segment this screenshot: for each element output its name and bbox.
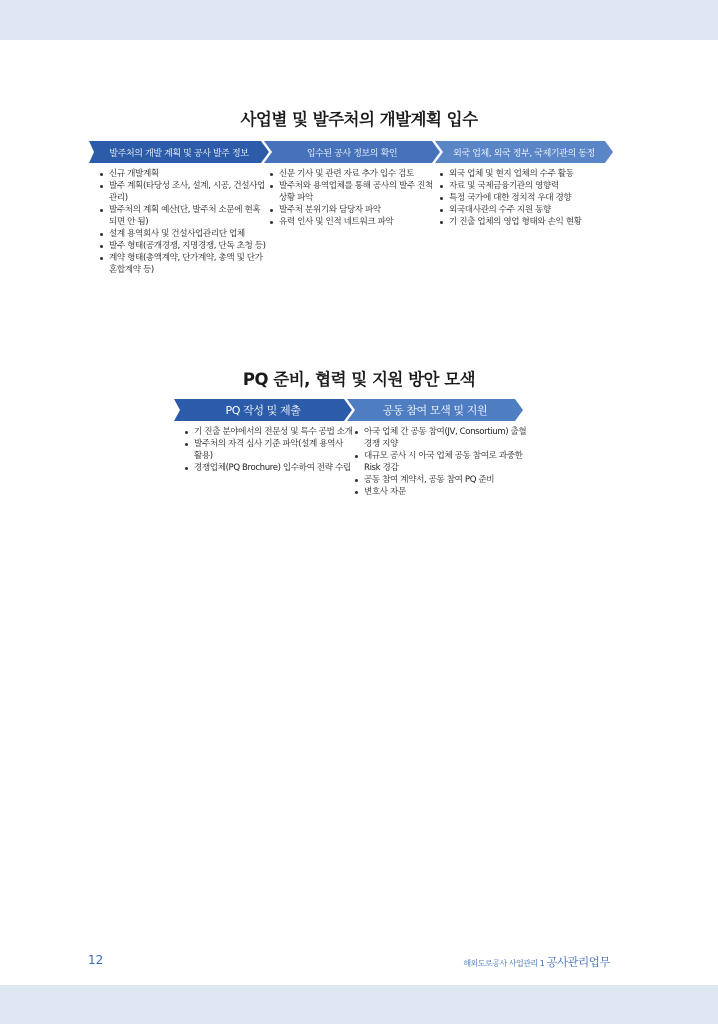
list-item: 신규 개발계획 bbox=[98, 168, 268, 180]
list-item: 유력 인사 및 인적 네트워크 파악 bbox=[268, 216, 438, 228]
list-item: 발주처와 용역업체를 통해 공사의 발주 진척 상황 파악 bbox=[268, 180, 438, 204]
step-label: 입수된 공사 정보의 확인 bbox=[307, 146, 397, 159]
running-footer: 해외도로공사 사업관리 1 공사관리업무 bbox=[463, 954, 610, 970]
bullet-list: 외국 업체 및 현지 업체의 수주 활동 자료 및 국제금융기관의 영향력 특정… bbox=[438, 168, 618, 228]
list-item: 발주처의 자격 심사 기준 파악(설계 용역사 활용) bbox=[183, 438, 353, 462]
top-band bbox=[0, 0, 718, 40]
list-item: 외국 업체 및 현지 업체의 수주 활동 bbox=[438, 168, 618, 180]
list-item: 발주 계획(타당성 조사, 설계, 시공, 건설사업관리) bbox=[98, 180, 268, 204]
section1-title: 사업별 및 발주처의 개발계획 입수 bbox=[0, 106, 718, 130]
section2-columns: 기 진출 분야에서의 전문성 및 특수 공법 소개 발주처의 자격 심사 기준 … bbox=[183, 426, 533, 498]
section2-column-1: 기 진출 분야에서의 전문성 및 특수 공법 소개 발주처의 자격 심사 기준 … bbox=[183, 426, 353, 498]
list-item: 기 진출 업체의 영업 형태와 손익 현황 bbox=[438, 216, 618, 228]
section1-process-chevrons: 발주처의 개발 계획 및 공사 발주 정보 입수된 공사 정보의 확인 외국 업… bbox=[89, 141, 613, 163]
list-item: 신문 기사 및 관련 자료 추가 입수 검토 bbox=[268, 168, 438, 180]
book-title: 해외도로공사 사업관리 1 bbox=[463, 959, 544, 968]
list-item: 발주 형태(공개경쟁, 지명경쟁, 단독 초청 등) bbox=[98, 240, 268, 252]
list-item: 외국대사관의 수주 지원 동향 bbox=[438, 204, 618, 216]
bullet-list: 아국 업체 간 공동 참여(JV, Consortium) 출혈경쟁 지양 대규… bbox=[353, 426, 533, 498]
section1-step-3-header: 외국 업체, 외국 정부, 국제기관의 동정 bbox=[435, 141, 613, 163]
page-number: 12 bbox=[88, 953, 103, 967]
list-item: 대규모 공사 시 아국 업체 공동 참여로 과중한 Risk 경감 bbox=[353, 450, 533, 474]
section1-columns: 신규 개발계획 발주 계획(타당성 조사, 설계, 시공, 건설사업관리) 발주… bbox=[98, 168, 618, 276]
list-item: 발주처의 계획 예산(단, 발주처 소문에 현혹되면 안 됨) bbox=[98, 204, 268, 228]
chapter-title: 공사관리업무 bbox=[546, 955, 610, 969]
list-item: 경쟁업체(PQ Brochure) 입수하여 전략 수립 bbox=[183, 462, 353, 474]
section1-step-1-header: 발주처의 개발 계획 및 공사 발주 정보 bbox=[89, 141, 269, 163]
list-item: 발주처 분위기와 담당자 파악 bbox=[268, 204, 438, 216]
list-item: 설계 용역회사 및 건설사업관리단 업체 bbox=[98, 228, 268, 240]
list-item: 공동 참여 계약서, 공동 참여 PQ 준비 bbox=[353, 474, 533, 486]
list-item: 특정 국가에 대한 정치적 우대 경향 bbox=[438, 192, 618, 204]
step-label: 공동 참여 모색 및 지원 bbox=[383, 402, 487, 418]
section2-title: PQ 준비, 협력 및 지원 방안 모색 bbox=[0, 366, 718, 390]
section1-column-1: 신규 개발계획 발주 계획(타당성 조사, 설계, 시공, 건설사업관리) 발주… bbox=[98, 168, 268, 276]
bottom-band bbox=[0, 985, 718, 1024]
section2-step-2-header: 공동 참여 모색 및 지원 bbox=[347, 399, 523, 421]
section1-column-2: 신문 기사 및 관련 자료 추가 입수 검토 발주처와 용역업체를 통해 공사의… bbox=[268, 168, 438, 276]
list-item: 자료 및 국제금융기관의 영향력 bbox=[438, 180, 618, 192]
step-label: 외국 업체, 외국 정부, 국제기관의 동정 bbox=[453, 146, 595, 159]
list-item: 아국 업체 간 공동 참여(JV, Consortium) 출혈경쟁 지양 bbox=[353, 426, 533, 450]
step-label: PQ 작성 및 제출 bbox=[226, 402, 301, 418]
section2-process-chevrons: PQ 작성 및 제출 공동 참여 모색 및 지원 bbox=[174, 399, 523, 421]
bullet-list: 신문 기사 및 관련 자료 추가 입수 검토 발주처와 용역업체를 통해 공사의… bbox=[268, 168, 438, 228]
list-item: 기 진출 분야에서의 전문성 및 특수 공법 소개 bbox=[183, 426, 353, 438]
section2-step-1-header: PQ 작성 및 제출 bbox=[174, 399, 352, 421]
bullet-list: 신규 개발계획 발주 계획(타당성 조사, 설계, 시공, 건설사업관리) 발주… bbox=[98, 168, 268, 276]
list-item: 변호사 자문 bbox=[353, 486, 533, 498]
list-item: 계약 형태(총액계약, 단가계약, 총액 및 단가 혼합계약 등) bbox=[98, 252, 268, 276]
section1-step-2-header: 입수된 공사 정보의 확인 bbox=[264, 141, 440, 163]
step-label: 발주처의 개발 계획 및 공사 발주 정보 bbox=[109, 146, 248, 159]
bullet-list: 기 진출 분야에서의 전문성 및 특수 공법 소개 발주처의 자격 심사 기준 … bbox=[183, 426, 353, 474]
section1-column-3: 외국 업체 및 현지 업체의 수주 활동 자료 및 국제금융기관의 영향력 특정… bbox=[438, 168, 618, 276]
section2-column-2: 아국 업체 간 공동 참여(JV, Consortium) 출혈경쟁 지양 대규… bbox=[353, 426, 533, 498]
